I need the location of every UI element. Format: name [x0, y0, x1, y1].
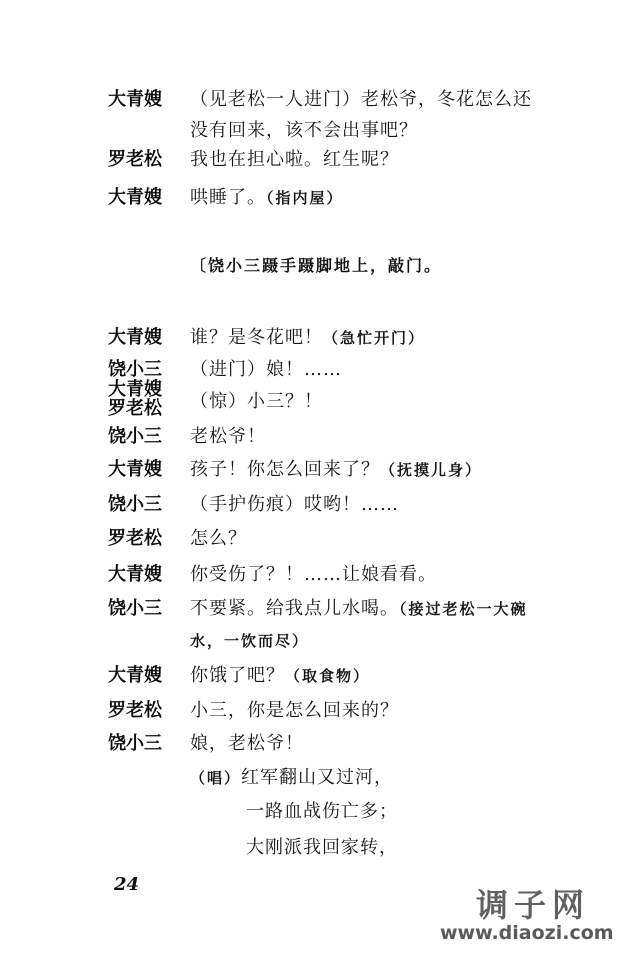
stage-direction-inline: （急忙开门） [323, 329, 425, 347]
stage-direction-inline: 水，一饮而尽） [190, 632, 309, 650]
dialogue-text: 你受伤了？！……让娘看看。 [190, 563, 437, 587]
dialogue-text: 不要紧。给我点儿水喝。（接过老松一大碗 [190, 597, 528, 621]
speaker-name: 大青嫂 [108, 380, 162, 399]
dialogue-text: 娘，老松爷！ [190, 732, 304, 756]
song-line: （唱）红军翻山又过河， [190, 766, 393, 790]
lyric-text: 一路血战伤亡多； [246, 800, 398, 824]
dialogue-row: 饶小三 不要紧。给我点儿水喝。（接过老松一大碗 [0, 597, 640, 621]
dialogue-text: （进门）娘！…… [190, 358, 342, 382]
watermark-title: 调子网 [476, 880, 590, 926]
dialogue-row: 罗老松 我也在担心啦。红生呢？ [0, 148, 640, 172]
dialogue-text: 怎么？ [190, 527, 247, 551]
dialogue-row: 大青嫂 谁？是冬花吧！（急忙开门） [0, 326, 640, 350]
speaker-name: 罗老松 [108, 527, 162, 551]
sing-label: （唱） [190, 769, 241, 787]
speaker-name: 大青嫂 [108, 458, 162, 482]
speaker-name: 饶小三 [108, 493, 162, 517]
speaker-name: 罗老松 [108, 148, 162, 172]
dialogue-text-continuation: 没有回来，该不会出事吧？ [190, 119, 418, 143]
speaker-name: 大青嫂 [108, 664, 162, 688]
spoken-text: 不要紧。给我点儿水喝。 [190, 598, 399, 619]
speaker-name: 大青嫂 [108, 186, 162, 210]
speaker-name: 大青嫂 [108, 326, 162, 350]
dialogue-row: 饶小三 老松爷！ [0, 425, 640, 449]
dialogue-continuation-row: 没有回来，该不会出事吧？ [0, 119, 640, 143]
dialogue-text: 孩子！你怎么回来了？（抚摸儿身） [190, 458, 482, 482]
stage-direction-inline: （指内屋） [266, 189, 344, 207]
dialogue-text-continuation: 水，一饮而尽） [190, 629, 309, 653]
stage-direction-row: 〔饶小三蹑手蹑脚地上，敲门。 [0, 254, 640, 278]
speaker-name: 大青嫂 [108, 563, 162, 587]
page-number: 24 [114, 874, 139, 895]
dialogue-row: 饶小三 娘，老松爷！ [0, 732, 640, 756]
spoken-text: 哄睡了。 [190, 187, 266, 208]
dialogue-text: 谁？是冬花吧！（急忙开门） [190, 326, 425, 350]
spoken-text: 孩子！你怎么回来了？ [190, 459, 380, 480]
stage-direction-inline: （抚摸儿身） [380, 461, 482, 479]
dialogue-text: （见老松一人进门）老松爷，冬花怎么还 [190, 88, 532, 112]
dialogue-row: 大青嫂 孩子！你怎么回来了？（抚摸儿身） [0, 458, 640, 482]
lyric-text: 大刚派我回家转， [246, 836, 398, 860]
speaker-name: 饶小三 [108, 732, 162, 756]
stage-direction-inline: （取食物） [285, 667, 370, 685]
dialogue-text: 哄睡了。（指内屋） [190, 186, 344, 210]
speaker-name: 罗老松 [108, 699, 162, 723]
dialogue-row: 饶小三 （手护伤痕）哎哟！…… [0, 493, 640, 517]
dialogue-row-joint: 大青嫂 罗老松 （惊）小三？！ [0, 380, 640, 420]
dialogue-text: （惊）小三？！ [190, 390, 323, 414]
dialogue-row: 大青嫂 （见老松一人进门）老松爷，冬花怎么还 [0, 88, 640, 112]
speaker-name: 罗老松 [108, 399, 162, 418]
dialogue-text: 老松爷！ [190, 425, 266, 449]
stage-direction: 〔饶小三蹑手蹑脚地上，敲门。 [190, 254, 442, 278]
dialogue-row: 大青嫂 你受伤了？！……让娘看看。 [0, 563, 640, 587]
dialogue-row: 大青嫂 哄睡了。（指内屋） [0, 186, 640, 210]
spoken-text: 谁？是冬花吧！ [190, 327, 323, 348]
dialogue-row: 罗老松 怎么？ [0, 527, 640, 551]
watermark-url: www.diaozi.com [440, 922, 614, 944]
lyric-text: 红军翻山又过河， [241, 767, 393, 788]
speaker-name: 大青嫂 [108, 88, 162, 112]
song-row: （唱）红军翻山又过河， [0, 766, 640, 790]
song-row: 大刚派我回家转， [0, 836, 640, 860]
song-row: 一路血战伤亡多； [0, 800, 640, 824]
dialogue-text: 你饿了吧？（取食物） [190, 664, 370, 688]
dialogue-continuation-row: 水，一饮而尽） [0, 629, 640, 653]
dialogue-row: 大青嫂 你饿了吧？（取食物） [0, 664, 640, 688]
speaker-name: 饶小三 [108, 597, 162, 621]
dialogue-row: 饶小三 （进门）娘！…… [0, 358, 640, 382]
stage-direction-inline: （接过老松一大碗 [399, 600, 528, 618]
dialogue-text: （手护伤痕）哎哟！…… [190, 493, 399, 517]
dialogue-row: 罗老松 小三，你是怎么回来的？ [0, 699, 640, 723]
dialogue-text: 小三，你是怎么回来的？ [190, 699, 399, 723]
speaker-name: 饶小三 [108, 425, 162, 449]
dialogue-text: 我也在担心啦。红生呢？ [190, 148, 399, 172]
spoken-text: 你饿了吧？ [190, 665, 285, 686]
